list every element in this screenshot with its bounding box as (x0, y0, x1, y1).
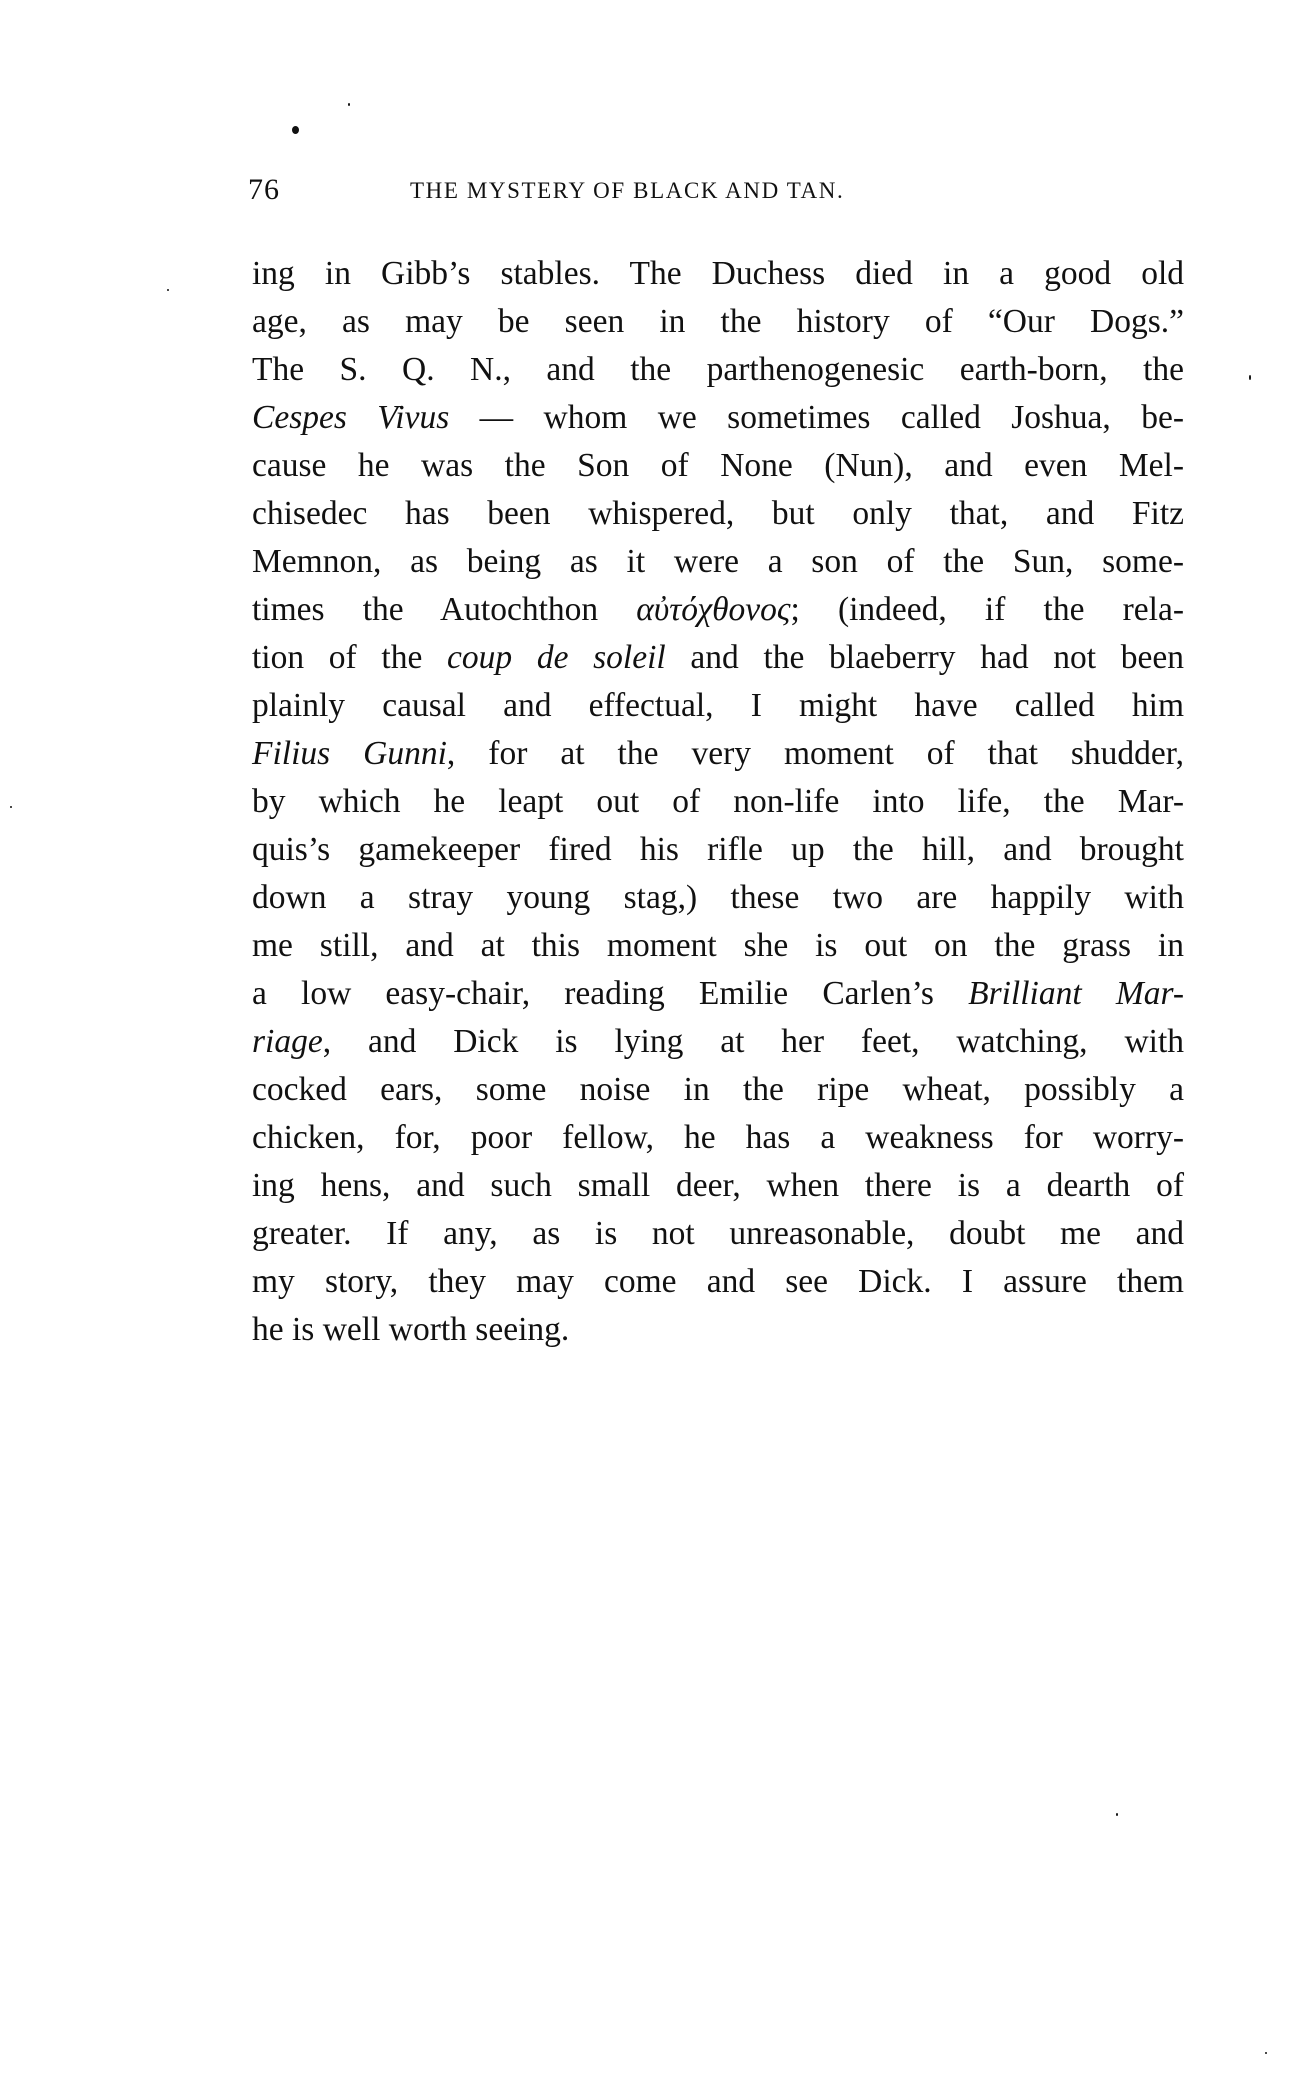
text-segment: chisedec has been whispered, but only th… (252, 495, 1184, 532)
ink-speck (10, 806, 12, 808)
text-segment: down a stray young stag,) these two are … (252, 879, 1184, 916)
text-segment: Memnon, as being as it were a son of the… (252, 543, 1184, 580)
italic-text-segment: riage (252, 1023, 323, 1060)
ink-speck (1249, 375, 1251, 380)
text-line: down a stray young stag,) these two are … (252, 874, 1184, 922)
italic-text-segment: αὐτόχθονος (636, 591, 790, 628)
ink-speck (348, 103, 350, 106)
text-line: cocked ears, some noise in the ripe whea… (252, 1066, 1184, 1114)
italic-text-segment: Cespes Vivus (252, 399, 449, 436)
running-title: THE MYSTERY OF BLACK AND TAN. (410, 176, 844, 206)
text-line: chisedec has been whispered, but only th… (252, 490, 1184, 538)
text-line: Filius Gunni, for at the very moment of … (252, 730, 1184, 778)
text-line: plainly causal and effectual, I might ha… (252, 682, 1184, 730)
italic-text-segment: coup de soleil (447, 639, 666, 676)
body-text: ing in Gibb’s stables. The Duchess died … (252, 250, 1184, 1354)
page-number: 76 (248, 172, 280, 208)
text-line: riage, and Dick is lying at her feet, wa… (252, 1018, 1184, 1066)
text-segment: , for at the very moment of that shudder… (447, 735, 1184, 772)
text-segment: a low easy-chair, reading Emilie Carlen’… (252, 975, 968, 1012)
text-segment: times the Autochthon (252, 591, 636, 628)
text-line: he is well worth seeing. (252, 1306, 1184, 1354)
text-line: times the Autochthon αὐτόχθονος; (indeed… (252, 586, 1184, 634)
text-segment: cocked ears, some noise in the ripe whea… (252, 1071, 1184, 1108)
text-line: a low easy-chair, reading Emilie Carlen’… (252, 970, 1184, 1018)
text-line: The S. Q. N., and the parthenogenesic ea… (252, 346, 1184, 394)
text-segment: me still, and at this moment she is out … (252, 927, 1184, 964)
text-line: me still, and at this moment she is out … (252, 922, 1184, 970)
text-line: by which he leapt out of non-life into l… (252, 778, 1184, 826)
text-segment: ing in Gibb’s stables. The Duchess died … (252, 255, 1184, 292)
text-line: ing in Gibb’s stables. The Duchess died … (252, 250, 1184, 298)
italic-text-segment: Brilliant Mar- (968, 975, 1184, 1012)
text-segment: he is well worth seeing. (252, 1311, 569, 1348)
text-segment: and the blaeberry had not been (666, 639, 1184, 676)
ink-speck (167, 289, 169, 291)
text-line: age, as may be seen in the history of “O… (252, 298, 1184, 346)
text-segment: my story, they may come and see Dick. I … (252, 1263, 1184, 1300)
running-header: 76 THE MYSTERY OF BLACK AND TAN. (248, 172, 1188, 208)
text-line: cause he was the Son of None (Nun), and … (252, 442, 1184, 490)
text-segment: plainly causal and effectual, I might ha… (252, 687, 1184, 724)
text-segment: The S. Q. N., and the parthenogenesic ea… (252, 351, 1184, 388)
text-segment: greater. If any, as is not unreasonable,… (252, 1215, 1184, 1252)
ink-speck (1265, 2052, 1267, 2054)
text-line: Cespes Vivus — whom we sometimes called … (252, 394, 1184, 442)
text-line: ing hens, and such small deer, when ther… (252, 1162, 1184, 1210)
text-line: my story, they may come and see Dick. I … (252, 1258, 1184, 1306)
italic-text-segment: Filius Gunni (252, 735, 447, 772)
text-line: chicken, for, poor fellow, he has a weak… (252, 1114, 1184, 1162)
text-segment: ing hens, and such small deer, when ther… (252, 1167, 1184, 1204)
text-segment: by which he leapt out of non-life into l… (252, 783, 1184, 820)
text-segment: chicken, for, poor fellow, he has a weak… (252, 1119, 1184, 1156)
text-segment: tion of the (252, 639, 447, 676)
text-segment: quis’s gamekeeper fired his rifle up the… (252, 831, 1184, 868)
text-segment: cause he was the Son of None (Nun), and … (252, 447, 1184, 484)
text-line: quis’s gamekeeper fired his rifle up the… (252, 826, 1184, 874)
text-segment: — whom we sometimes called Joshua, be- (449, 399, 1184, 436)
text-line: greater. If any, as is not unreasonable,… (252, 1210, 1184, 1258)
text-segment: , and Dick is lying at her feet, watchin… (323, 1023, 1184, 1060)
ink-dot-mark (292, 126, 299, 134)
ink-speck (1116, 1813, 1118, 1816)
text-line: Memnon, as being as it were a son of the… (252, 538, 1184, 586)
text-line: tion of the coup de soleil and the blaeb… (252, 634, 1184, 682)
text-segment: age, as may be seen in the history of “O… (252, 303, 1184, 340)
text-segment: ; (indeed, if the rela- (790, 591, 1184, 628)
